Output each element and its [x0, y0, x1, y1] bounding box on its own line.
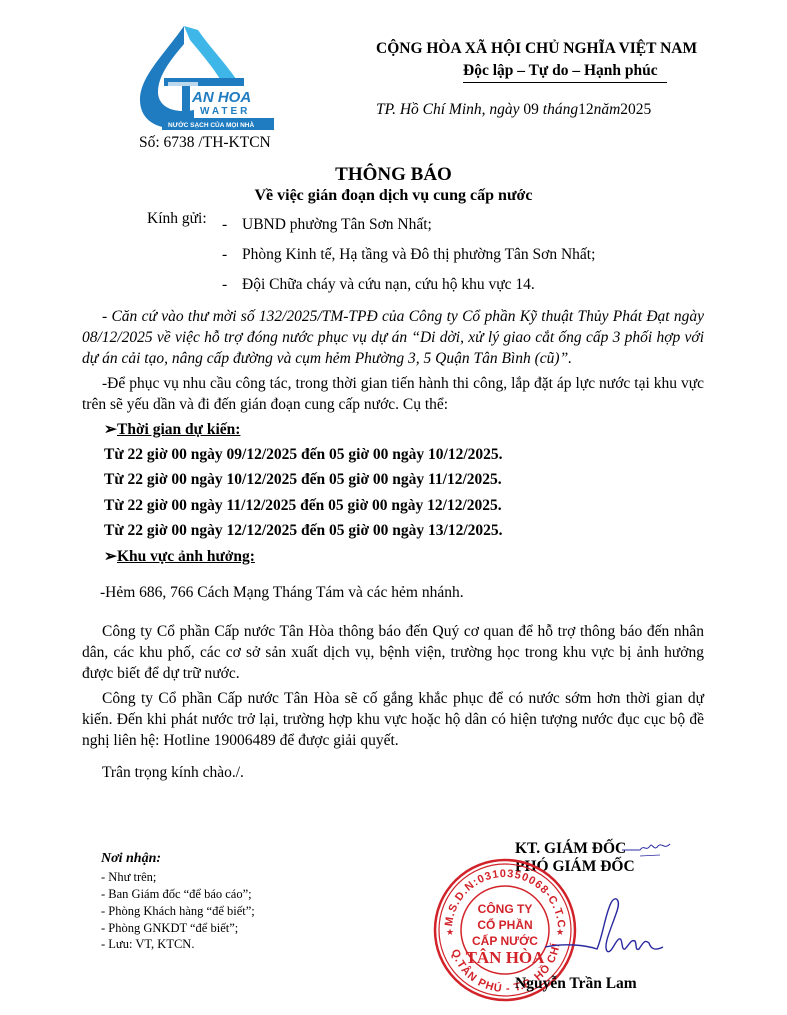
basis-paragraph: - Căn cứ vào thư mời số 132/2025/TM-TPĐ … [82, 306, 704, 369]
svg-text:CÔNG TY: CÔNG TY [478, 901, 533, 916]
date-month-label: tháng [539, 101, 578, 118]
date-month: 12 [578, 101, 594, 118]
svg-text:CẤP NƯỚC: CẤP NƯỚC [472, 933, 538, 948]
distribution-item: - Ban Giám đốc “để báo cáo”; [101, 887, 252, 902]
logo-slogan: NƯỚC SẠCH CỦA MỌI NHÀ [168, 120, 254, 129]
date-year: 2025 [620, 101, 651, 118]
date-year-label: năm [594, 101, 621, 118]
logo-brand-line1: AN HOA [191, 89, 251, 106]
svg-text:★: ★ [446, 927, 454, 937]
purpose-paragraph: -Để phục vụ nhu cầu công tác, trong thời… [82, 373, 704, 415]
schedule-item: Từ 22 giờ 00 ngày 12/12/2025 đến 05 giờ … [104, 522, 503, 540]
tan-hoa-water-logo-icon: AN HOA WATER NƯỚC SẠCH CỦA MỌI NHÀ [132, 22, 274, 130]
schedule-item: Từ 22 giờ 00 ngày 11/12/2025 đến 05 giờ … [104, 497, 502, 515]
recipient-item: -Đội Chữa cháy và cứu nạn, cứu hộ khu vự… [222, 276, 535, 294]
svg-text:TÂN HÒA: TÂN HÒA [466, 948, 546, 967]
distribution-item: - Phòng Khách hàng “để biết”; [101, 904, 255, 919]
area-heading: ➢Khu vực ảnh hưởng: [104, 547, 255, 566]
schedule-item: Từ 22 giờ 00 ngày 09/12/2025 đến 05 giờ … [104, 446, 503, 464]
recipient-item: -Phòng Kinh tế, Hạ tầng và Đô thị phường… [222, 246, 595, 264]
initials-mark-icon [620, 838, 680, 858]
national-title: CỘNG HÒA XÃ HỘI CHỦ NGHĨA VIỆT NAM [376, 40, 697, 58]
document-number: Số: 6738 /TH-KTCN [139, 134, 271, 152]
distribution-item: - Phòng GNKDT “để biết”; [101, 921, 238, 936]
motto-underline [463, 82, 667, 83]
closing-line: Trân trọng kính chào./. [82, 762, 704, 783]
schedule-item: Từ 22 giờ 00 ngày 10/12/2025 đến 05 giờ … [104, 471, 502, 489]
document-subtitle: Về việc gián đoạn dịch vụ cung cấp nước [0, 187, 787, 205]
document-date: TP. Hồ Chí Minh, ngày 09 tháng12năm2025 [376, 101, 651, 119]
recipients-label: Kính gửi: [147, 210, 207, 228]
arrow-bullet-icon: ➢ [104, 421, 117, 438]
recipient-item: -UBND phường Tân Sơn Nhất; [222, 216, 432, 234]
notice-paragraph: Công ty Cổ phần Cấp nước Tân Hòa thông b… [82, 621, 704, 684]
national-motto: Độc lập – Tự do – Hạnh phúc [463, 62, 658, 80]
schedule-heading: ➢Thời gian dự kiến: [104, 420, 240, 439]
arrow-bullet-icon: ➢ [104, 548, 117, 565]
signer-name: Nguyễn Trần Lam [515, 975, 637, 993]
distribution-item: - Lưu: VT, KTCN. [101, 937, 194, 952]
distribution-item: - Như trên; [101, 870, 156, 885]
document-title: THÔNG BÁO [0, 164, 787, 186]
signature-mark-icon [545, 895, 675, 965]
distribution-title: Nơi nhận: [101, 851, 161, 867]
commitment-paragraph: Công ty Cổ phần Cấp nước Tân Hòa sẽ cố g… [82, 688, 704, 751]
logo-brand-line2: WATER [200, 106, 250, 117]
svg-text:CỔ PHẦN: CỔ PHẦN [477, 917, 532, 932]
date-day: 09 [523, 101, 539, 118]
affected-area: -Hẻm 686, 766 Cách Mạng Tháng Tám và các… [100, 584, 464, 602]
date-prefix: TP. Hồ Chí Minh, ngày [376, 101, 523, 118]
